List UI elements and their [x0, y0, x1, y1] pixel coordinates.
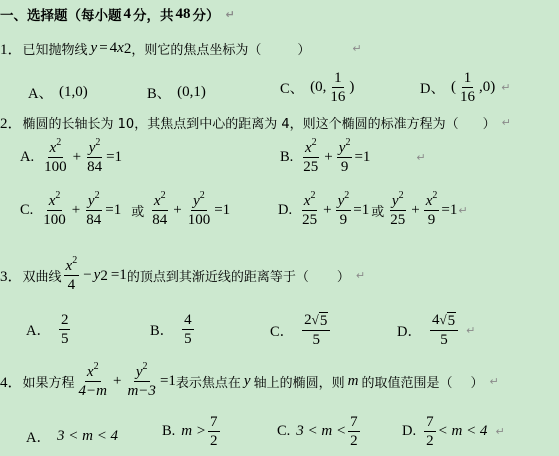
- return-mark-icon: ↵: [495, 425, 504, 438]
- return-mark-icon: ↵: [226, 8, 235, 21]
- numerator-var: x: [87, 364, 94, 380]
- exponent: 2: [345, 137, 350, 148]
- option-expression: < m < 4: [438, 423, 488, 440]
- exponent: 2: [95, 190, 100, 201]
- denominator: 2: [424, 432, 436, 449]
- q2-number: 2．: [0, 112, 23, 133]
- plus-sign: +: [173, 202, 181, 219]
- fraction: 2√5 5: [302, 312, 330, 348]
- exponent: 2: [72, 255, 77, 266]
- q4-text-mid1: 表示焦点在: [176, 372, 241, 391]
- numerator: 7: [208, 414, 220, 432]
- return-mark-icon: ↵: [458, 204, 467, 217]
- or-word: 或: [371, 201, 384, 220]
- numerator-var: x: [154, 193, 161, 209]
- numerator: 1: [332, 70, 344, 88]
- numerator: 2: [59, 312, 71, 330]
- q4-text-mid2: 轴上的椭圆，则: [254, 372, 345, 391]
- q4-option-b[interactable]: B. m > 72: [162, 414, 222, 449]
- exponent: 2: [143, 361, 148, 372]
- exponent: 2: [310, 190, 315, 201]
- equation-rhs: =1: [214, 202, 230, 219]
- q1-option-d[interactable]: D、 ( 116 ,0) ↵: [420, 70, 510, 105]
- sqrt-icon: √: [312, 312, 319, 328]
- fraction: 116: [458, 70, 477, 105]
- denominator: 25: [388, 211, 407, 228]
- equation-rhs: =1: [354, 149, 370, 166]
- axis-variable: y: [244, 373, 251, 390]
- q1-option-c[interactable]: C、 (0, 116 ): [280, 70, 354, 105]
- q4-number: 4．: [0, 371, 23, 392]
- q1-text-before: 已知抛物线: [23, 39, 88, 58]
- exponent: 2: [312, 137, 317, 148]
- or-word: 或: [131, 201, 144, 220]
- points-total: 48: [176, 6, 191, 23]
- fraction: x29: [424, 193, 440, 228]
- return-mark-icon: ↵: [352, 42, 361, 55]
- fraction: x225: [300, 193, 319, 228]
- denominator: 9: [339, 158, 351, 175]
- fraction: 72: [348, 414, 360, 449]
- fraction: 25: [59, 312, 71, 347]
- denominator: 5: [182, 330, 194, 347]
- exponent: 2: [94, 361, 99, 372]
- numerator: 1: [462, 70, 474, 88]
- denominator: 9: [338, 211, 350, 228]
- question-3: 3． 双曲线 x24 − y2 =1 的顶点到其渐近线的距离等于（ ） ↵: [0, 258, 365, 293]
- denominator: 25: [301, 158, 320, 175]
- option-expression: m >: [181, 423, 206, 440]
- option-suffix: ): [349, 79, 354, 96]
- fraction: 4√5 5: [430, 312, 458, 348]
- option-label: B．: [150, 319, 174, 340]
- numerator-var: y: [193, 193, 200, 209]
- radicand: 5: [319, 312, 329, 329]
- exponent: 2: [55, 190, 60, 201]
- q2-option-b[interactable]: B. x225 + y29 =1 ↵: [280, 140, 426, 175]
- option-prefix: (: [451, 79, 456, 96]
- q3-text-before: 双曲线: [23, 266, 62, 285]
- plus-sign: +: [73, 149, 81, 166]
- coefficient: 4: [432, 312, 440, 328]
- fraction: 45: [182, 312, 194, 347]
- denominator: 5: [438, 331, 450, 348]
- fraction: y2m−3: [125, 364, 157, 399]
- q1-option-b[interactable]: B、 (0,1): [147, 82, 206, 103]
- denominator: 16: [328, 88, 347, 105]
- q1-text-after: ，则它的焦点坐标为（: [131, 39, 261, 58]
- option-label: A．: [26, 319, 51, 340]
- numerator-var: x: [305, 140, 312, 156]
- q2-blank-close: ）: [483, 113, 496, 132]
- option-label: C、: [280, 77, 304, 98]
- option-expression: 3 < m <: [296, 423, 346, 440]
- equation-rhs: =1: [160, 373, 176, 390]
- option-label: B.: [280, 149, 293, 166]
- q4-text-after: 的取值范围是（: [361, 372, 452, 391]
- equation-rhs: =1: [111, 267, 127, 284]
- q4-blank-close: ）: [470, 372, 483, 391]
- points-each: 4: [124, 6, 132, 23]
- equation-rhs: =1: [106, 149, 122, 166]
- fraction: y225: [388, 193, 407, 228]
- question-1: 1． 已知抛物线 y = 4x2 ，则它的焦点坐标为（ ） ↵: [0, 38, 362, 59]
- exponent: 2: [432, 190, 437, 201]
- return-mark-icon: ↵: [356, 269, 365, 282]
- option-label: D、: [420, 77, 445, 98]
- exponent: 2: [161, 190, 166, 201]
- q3-option-d[interactable]: D． 4√5 5 ↵: [397, 312, 475, 348]
- fraction: y2100: [186, 193, 213, 228]
- q3-number: 3．: [0, 265, 23, 286]
- fraction: x2100: [41, 193, 68, 228]
- fraction: x284: [150, 193, 169, 228]
- return-mark-icon: ↵: [466, 324, 475, 337]
- fraction: x225: [301, 140, 320, 175]
- option-value: (0,1): [177, 84, 206, 101]
- option-label: D.: [402, 423, 416, 440]
- radicand: 5: [447, 312, 457, 329]
- denominator: 25: [300, 211, 319, 228]
- denominator: 84: [84, 211, 103, 228]
- section-heading: 一、选择题（ 每小题 4 分，共 48 分） ↵: [0, 4, 235, 24]
- minus-sign: −: [83, 267, 91, 284]
- q1-formula-lhs: y: [91, 40, 98, 57]
- denominator: 100: [41, 211, 68, 228]
- numerator-var: y: [136, 364, 143, 380]
- exponent: 2: [399, 190, 404, 201]
- option-label: A.: [20, 149, 34, 166]
- q3-option-a[interactable]: A． 25: [26, 312, 72, 347]
- q3-text-after: 的顶点到其渐近线的距离等于（: [127, 266, 309, 285]
- fraction: y29: [336, 193, 352, 228]
- option-label: D．: [397, 320, 422, 341]
- option-label: C.: [277, 423, 290, 440]
- denominator: 84: [85, 158, 104, 175]
- fraction: 72: [424, 414, 436, 449]
- heading-total-label: 分，共: [133, 4, 174, 24]
- exponent: 2: [344, 190, 349, 201]
- numerator: 4√5: [430, 312, 458, 331]
- question-2: 2． 椭圆的长轴长为 10，其焦点到中心的距离为 4，则这个椭圆的标准方程为（ …: [0, 112, 511, 133]
- denominator: 84: [150, 211, 169, 228]
- return-mark-icon: ↵: [416, 151, 425, 164]
- fraction: 116: [328, 70, 347, 105]
- plus-sign: +: [323, 202, 331, 219]
- option-expression: 3 < m < 4: [57, 428, 118, 445]
- option-label: A．: [26, 426, 51, 447]
- denominator: 4: [66, 276, 78, 293]
- heading-suffix: 分）: [193, 4, 220, 24]
- fraction: y29: [337, 140, 353, 175]
- denominator: 5: [59, 330, 71, 347]
- q4-option-d[interactable]: D. 72 < m < 4 ↵: [402, 414, 505, 449]
- option-label: B.: [162, 423, 175, 440]
- heading-prefix: 一、选择题（: [0, 4, 81, 24]
- exponent: 2: [56, 137, 61, 148]
- q1-option-a[interactable]: A、 (1,0): [28, 82, 88, 103]
- sqrt-icon: √: [439, 312, 446, 328]
- equation-rhs: =1: [441, 202, 457, 219]
- option-label: C.: [20, 202, 33, 219]
- numerator: 4: [182, 312, 194, 330]
- option-prefix: (0,: [310, 79, 326, 96]
- q4-text-before: 如果方程: [23, 372, 75, 391]
- denominator: 5: [310, 331, 322, 348]
- numerator: 2√5: [302, 312, 330, 331]
- q1-formula-eq: =: [99, 40, 107, 57]
- option-label: A、: [28, 82, 53, 103]
- q3-blank-close: ）: [337, 266, 350, 285]
- question-4: 4． 如果方程 x24−m + y2m−3 =1 表示焦点在 y 轴上的椭圆，则…: [0, 364, 499, 399]
- variable: y: [94, 267, 101, 284]
- option-label: D.: [278, 202, 292, 219]
- option-label: B、: [147, 82, 171, 103]
- q2-option-a[interactable]: A. x2100 + y284 =1: [20, 140, 122, 175]
- denominator: 9: [426, 211, 438, 228]
- denominator: 2: [208, 432, 220, 449]
- heading-each-label: 每小题: [81, 4, 122, 24]
- numerator-var: y: [392, 193, 399, 209]
- equation-rhs: =1: [105, 202, 121, 219]
- denominator: m−3: [125, 382, 157, 399]
- return-mark-icon: ↵: [501, 81, 510, 94]
- q1-formula-var: x: [117, 40, 124, 57]
- denominator: 16: [458, 88, 477, 105]
- equation-rhs: =1: [353, 202, 369, 219]
- plus-sign: +: [324, 149, 332, 166]
- denominator: 100: [42, 158, 69, 175]
- fraction: x2100: [42, 140, 69, 175]
- coefficient: 2: [304, 312, 312, 328]
- q4-option-c[interactable]: C. 3 < m < 72: [277, 414, 362, 449]
- fraction: y284: [84, 193, 103, 228]
- q1-blank-close: ）: [297, 39, 310, 58]
- numerator: 7: [348, 414, 360, 432]
- return-mark-icon: ↵: [489, 375, 498, 388]
- denominator: 4−m: [77, 382, 109, 399]
- plus-sign: +: [411, 202, 419, 219]
- fraction: y284: [85, 140, 104, 175]
- exponent: 2: [95, 137, 100, 148]
- q3-option-c[interactable]: C． 2√5 5: [270, 312, 332, 348]
- option-value: (1,0): [59, 84, 88, 101]
- denominator: 2: [348, 432, 360, 449]
- denominator: 100: [186, 211, 213, 228]
- fraction: x24: [64, 258, 80, 293]
- q3-option-b[interactable]: B． 45: [150, 312, 196, 347]
- option-label: C．: [270, 320, 294, 341]
- numerator-var: y: [88, 193, 95, 209]
- option-suffix: ,0): [479, 79, 495, 96]
- q2-text: 椭圆的长轴长为 10，其焦点到中心的距离为 4，则这个椭圆的标准方程为（: [23, 113, 459, 132]
- numerator: 7: [424, 414, 436, 432]
- q4-option-a[interactable]: A． 3 < m < 4: [26, 426, 118, 447]
- plus-sign: +: [113, 373, 121, 390]
- q2-option-c[interactable]: C. x2100 + y284 =1 或 x284 + y2100 =1: [20, 193, 230, 228]
- fraction: 72: [208, 414, 220, 449]
- exponent: 2: [200, 190, 205, 201]
- fraction: x24−m: [77, 364, 109, 399]
- q2-option-d[interactable]: D. x225 + y29 =1 或 y225 + x29 =1 ↵: [278, 193, 468, 228]
- q1-number: 1．: [0, 38, 23, 59]
- return-mark-icon: ↵: [502, 116, 511, 129]
- parameter-m: m: [348, 373, 359, 390]
- plus-sign: +: [72, 202, 80, 219]
